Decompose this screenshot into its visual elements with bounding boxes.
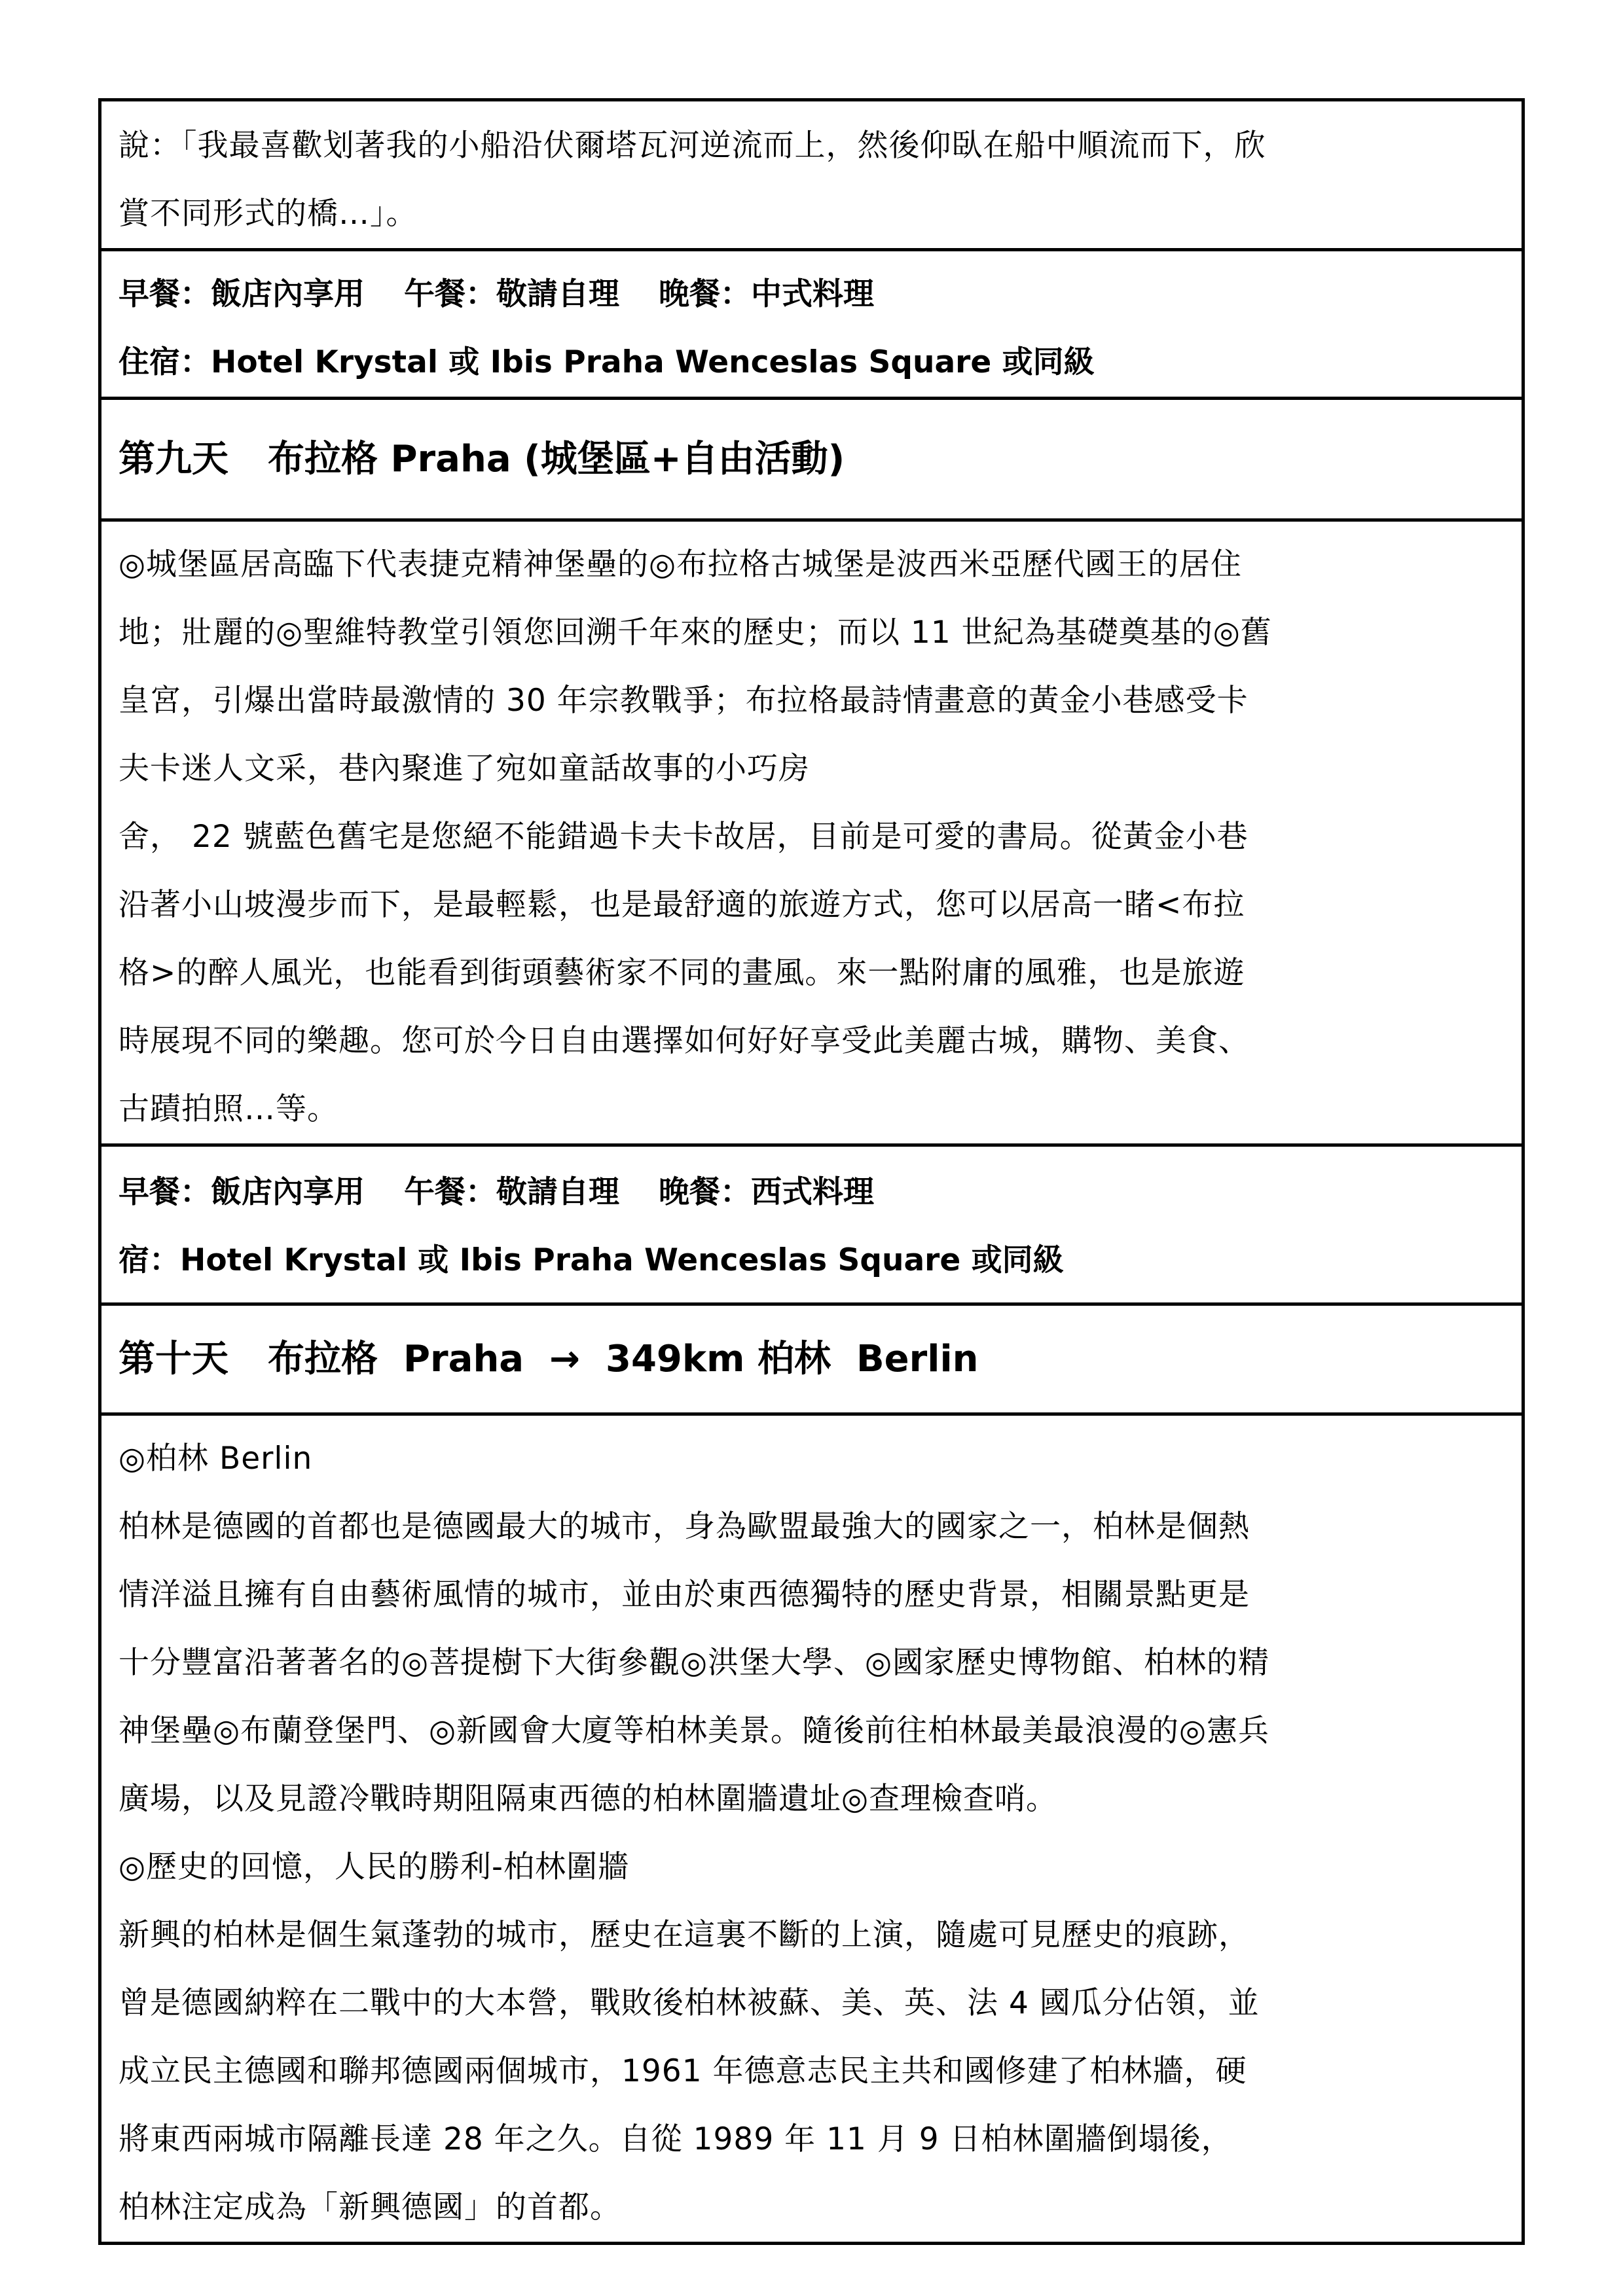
itinerary-table: 說：「我最喜歡划著我的小船沿伏爾塔瓦河逆流而上，然後仰臥在船中順流而下，欣 賞不…	[98, 98, 1525, 2245]
day9-route: 布拉格 Praha (城堡區+自由活動)	[268, 438, 845, 480]
day10-header-row: 第十天布拉格 Praha → 349km 柏林 Berlin	[100, 1304, 1523, 1414]
day9-meals-row: 早餐：飯店內享用午餐：敬請自理晚餐：西式料理 宿：Hotel Krystal 或…	[100, 1145, 1523, 1304]
day9-title: 第九天布拉格 Praha (城堡區+自由活動)	[119, 433, 1504, 486]
day8-meals-cell: 早餐：飯店內享用午餐：敬請自理晚餐：中式料理 住宿：Hotel Krystal …	[100, 250, 1523, 399]
body-line: 地；壯麗的◎聖維特教堂引領您回溯千年來的歷史；而以 11 世紀為基礎奠基的◎舊	[119, 599, 1504, 667]
body-line: 廣場，以及見證冷戰時期阻隔東西德的柏林圍牆遺址◎查理檢查哨。	[119, 1765, 1504, 1833]
body-line: ◎歷史的回憶，人民的勝利-柏林圍牆	[119, 1833, 1504, 1901]
day9-label: 第九天	[119, 438, 228, 480]
dinner-text: 晚餐：西式料理	[659, 1174, 874, 1210]
body-line: 柏林是德國的首都也是德國最大的城市，身為歐盟最強大的國家之一，柏林是個熱	[119, 1493, 1504, 1561]
continuation-cell: 說：「我最喜歡划著我的小船沿伏爾塔瓦河逆流而上，然後仰臥在船中順流而下，欣 賞不…	[100, 100, 1523, 250]
day10-label: 第十天	[119, 1338, 228, 1380]
day10-title: 第十天布拉格 Praha → 349km 柏林 Berlin	[119, 1333, 1504, 1386]
day9-body-row: ◎城堡區居高臨下代表捷克精神堡壘的◎布拉格古城堡是波西米亞歷代國王的居住 地；壯…	[100, 520, 1523, 1145]
day9-body-cell: ◎城堡區居高臨下代表捷克精神堡壘的◎布拉格古城堡是波西米亞歷代國王的居住 地；壯…	[100, 520, 1523, 1145]
continuation-line: 賞不同形式的橋…」。	[119, 180, 1504, 248]
continuation-row: 說：「我最喜歡划著我的小船沿伏爾塔瓦河逆流而上，然後仰臥在船中順流而下，欣 賞不…	[100, 100, 1523, 250]
meals-line: 早餐：飯店內享用午餐：敬請自理晚餐：西式料理	[119, 1158, 1504, 1227]
dinner-text: 晚餐：中式料理	[659, 276, 874, 312]
body-line: 神堡壘◎布蘭登堡門、◎新國會大廈等柏林美景。隨後前往柏林最美最浪漫的◎憲兵	[119, 1697, 1504, 1765]
body-line: 皇宮，引爆出當時最激情的 30 年宗教戰爭；布拉格最詩情畫意的黃金小巷感受卡	[119, 667, 1504, 735]
day9-meals-cell: 早餐：飯店內享用午餐：敬請自理晚餐：西式料理 宿：Hotel Krystal 或…	[100, 1145, 1523, 1304]
body-line: 將東西兩城市隔離長達 28 年之久。自從 1989 年 11 月 9 日柏林圍牆…	[119, 2106, 1504, 2174]
continuation-line: 說：「我最喜歡划著我的小船沿伏爾塔瓦河逆流而上，然後仰臥在船中順流而下，欣	[119, 112, 1504, 180]
body-line: ◎城堡區居高臨下代表捷克精神堡壘的◎布拉格古城堡是波西米亞歷代國王的居住	[119, 531, 1504, 599]
body-line: ◎柏林 Berlin	[119, 1425, 1504, 1493]
body-line: 古蹟拍照…等。	[119, 1075, 1504, 1143]
meals-line: 早餐：飯店內享用午餐：敬請自理晚餐：中式料理	[119, 260, 1504, 329]
day9-header-row: 第九天布拉格 Praha (城堡區+自由活動)	[100, 399, 1523, 520]
day8-meals-row: 早餐：飯店內享用午餐：敬請自理晚餐：中式料理 住宿：Hotel Krystal …	[100, 250, 1523, 399]
hotel-text: 住宿：Hotel Krystal 或 Ibis Praha Wenceslas …	[119, 329, 1504, 397]
breakfast-text: 早餐：飯店內享用	[119, 1174, 365, 1210]
day10-body-row: ◎柏林 Berlin 柏林是德國的首都也是德國最大的城市，身為歐盟最強大的國家之…	[100, 1414, 1523, 2244]
body-line: 時展現不同的樂趣。您可於今日自由選擇如何好好享受此美麗古城，購物、美食、	[119, 1007, 1504, 1075]
body-line: 十分豐富沿著著名的◎菩提樹下大街參觀◎洪堡大學、◎國家歷史博物館、柏林的精	[119, 1629, 1504, 1697]
day9-header-cell: 第九天布拉格 Praha (城堡區+自由活動)	[100, 399, 1523, 520]
body-line: 情洋溢且擁有自由藝術風情的城市，並由於東西德獨特的歷史背景，相關景點更是	[119, 1561, 1504, 1629]
body-line: 柏林注定成為「新興德國」的首都。	[119, 2174, 1504, 2242]
body-line: 舍， 22 號藍色舊宅是您絕不能錯過卡夫卡故居，目前是可愛的書局。從黃金小巷	[119, 803, 1504, 871]
body-line: 格>的醉人風光，也能看到街頭藝術家不同的畫風。來一點附庸的風雅，也是旅遊	[119, 939, 1504, 1007]
day10-route: 布拉格 Praha → 349km 柏林 Berlin	[268, 1338, 979, 1380]
body-line: 新興的柏林是個生氣蓬勃的城市，歷史在這裏不斷的上演，隨處可見歷史的痕跡，	[119, 1901, 1504, 1969]
body-line: 沿著小山坡漫步而下，是最輕鬆，也是最舒適的旅遊方式，您可以居高一睹<布拉	[119, 871, 1504, 939]
lunch-text: 午餐：敬請自理	[404, 1174, 619, 1210]
lunch-text: 午餐：敬請自理	[404, 276, 619, 312]
breakfast-text: 早餐：飯店內享用	[119, 276, 365, 312]
body-line: 成立民主德國和聯邦德國兩個城市，1961 年德意志民主共和國修建了柏林牆，硬	[119, 2037, 1504, 2106]
body-line: 夫卡迷人文采，巷內聚進了宛如童話故事的小巧房	[119, 735, 1504, 803]
day10-body-cell: ◎柏林 Berlin 柏林是德國的首都也是德國最大的城市，身為歐盟最強大的國家之…	[100, 1414, 1523, 2244]
body-line: 曾是德國納粹在二戰中的大本營，戰敗後柏林被蘇、美、英、法 4 國瓜分佔領，並	[119, 1969, 1504, 2037]
day10-header-cell: 第十天布拉格 Praha → 349km 柏林 Berlin	[100, 1304, 1523, 1414]
hotel-text: 宿：Hotel Krystal 或 Ibis Praha Wenceslas S…	[119, 1227, 1504, 1295]
